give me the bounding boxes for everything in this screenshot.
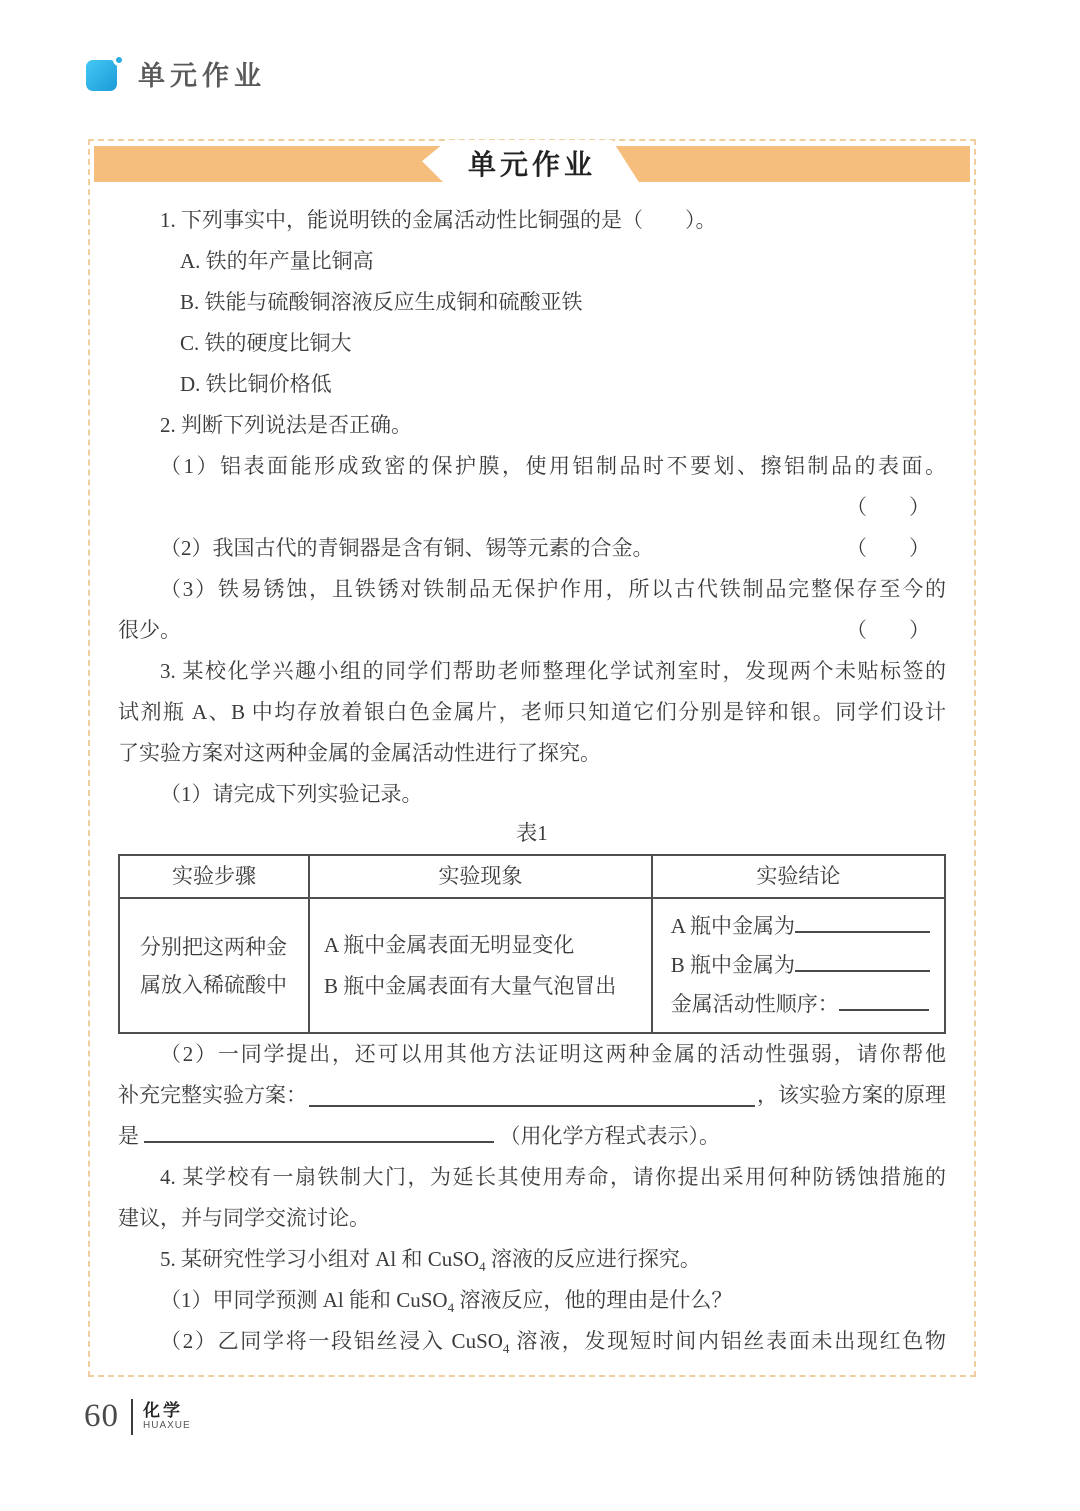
conclusion-line-a: A 瓶中金属为 [671, 907, 926, 946]
phenomenon-b: B 瓶中金属表面有大量气泡冒出 [324, 966, 637, 1007]
table-caption: 表1 [118, 820, 946, 847]
question-3-line-2: 试剂瓶 A、B 中均存放着银白色金属片，老师只知道它们分别是锌和银。同学们设计 [118, 692, 946, 733]
footer-subject-en: HUAXUE [143, 1420, 191, 1432]
question-1-option-c: C. 铁的硬度比铜大 [118, 323, 946, 364]
question-2-item-3-line-2: 很少。 （ ） [118, 610, 946, 651]
question-2-item-2-answer-bracket: （ ） [846, 528, 946, 569]
table-header-phenomena: 实验现象 [309, 855, 652, 898]
question-2-item-3-line-1: （3）铁易锈蚀，且铁锈对铁制品无保护作用，所以古代铁制品完整保存至今的 [118, 569, 946, 610]
question-1-option-d: D. 铁比铜价格低 [118, 364, 946, 405]
question-3-line-1: 3. 某校化学兴趣小组的同学们帮助老师整理化学试剂室时，发现两个未贴标签的 [118, 651, 946, 692]
workbook-page: 单元作业 单元作业 1. 下列事实中，能说明铁的金属活动性比铜强的是（ ）。 A… [0, 0, 1080, 1511]
running-header-title: 单元作业 [138, 54, 266, 93]
fill-in-blank [309, 1105, 755, 1107]
page-running-header: 单元作业 [86, 54, 266, 93]
blank-label-pre: 补充完整实验方案： [118, 1075, 307, 1116]
question-2-item-1-answer-bracket: （ ） [118, 487, 946, 528]
question-2-item-1-text: （1）铝表面能形成致密的保护膜，使用铝制品时不要划、擦铝制品的表面。 [118, 446, 946, 487]
question-4-line-1: 4. 某学校有一扇铁制大门，为延长其使用寿命，请你提出采用何种防锈蚀措施的 [118, 1157, 946, 1198]
fill-in-blank [795, 913, 930, 933]
table-cell-phenomena: A 瓶中金属表面无明显变化 B 瓶中金属表面有大量气泡冒出 [309, 898, 652, 1033]
table-header-row: 实验步骤 实验现象 实验结论 [119, 855, 945, 898]
blank-label-post: ，该实验方案的原理 [757, 1075, 946, 1116]
table-cell-steps: 分别把这两种金属放入稀硫酸中 [119, 898, 309, 1033]
question-1-option-b: B. 铁能与硫酸铜溶液反应生成铜和硫酸亚铁 [118, 282, 946, 323]
phenomenon-a: A 瓶中金属表面无明显变化 [324, 925, 637, 966]
question-2-item-3-answer-bracket: （ ） [846, 610, 946, 651]
question-3-item-1: （1）请完成下列实验记录。 [118, 774, 946, 815]
question-2-stem: 2. 判断下列说法是否正确。 [118, 405, 946, 446]
page-footer: 60 化学 HUAXUE [84, 1398, 191, 1435]
logo-dot-icon [113, 54, 125, 66]
question-1-stem: 1. 下列事实中，能说明铁的金属活动性比铜强的是（ ）。 [118, 200, 946, 241]
blank-label-pre: 是 [118, 1124, 139, 1148]
page-number: 60 [84, 1398, 131, 1435]
question-2-item-3-text: 很少。 [118, 610, 181, 651]
question-4-line-2: 建议，并与同学交流讨论。 [118, 1198, 946, 1239]
fill-in-blank [795, 952, 930, 972]
fill-in-blank [839, 991, 929, 1011]
question-3-item-2-line-2: 补充完整实验方案： ，该实验方案的原理 [118, 1075, 946, 1116]
question-2-item-2: （2）我国古代的青铜器是含有铜、锡等元素的合金。 （ ） [118, 528, 946, 569]
question-5-stem: 5. 某研究性学习小组对 Al 和 CuSO4 溶液的反应进行探究。 [118, 1239, 946, 1280]
table-cell-conclusion: A 瓶中金属为 B 瓶中金属为 金属活动性顺序： [652, 898, 945, 1033]
table-header-steps: 实验步骤 [119, 855, 309, 898]
worksheet-content: 1. 下列事实中，能说明铁的金属活动性比铜强的是（ ）。 A. 铁的年产量比铜高… [90, 182, 974, 1362]
table-header-conclusion: 实验结论 [652, 855, 945, 898]
table-row: 分别把这两种金属放入稀硫酸中 A 瓶中金属表面无明显变化 B 瓶中金属表面有大量… [119, 898, 945, 1033]
question-2-item-2-text: （2）我国古代的青铜器是含有铜、锡等元素的合金。 [118, 528, 654, 569]
question-5-item-1: （1）甲同学预测 Al 能和 CuSO4 溶液反应，他的理由是什么？ [118, 1280, 946, 1321]
banner-bar: 单元作业 [94, 146, 970, 182]
question-3-item-2-line-3: 是 （用化学方程式表示）。 [118, 1116, 946, 1157]
worksheet-box: 单元作业 1. 下列事实中，能说明铁的金属活动性比铜强的是（ ）。 A. 铁的年… [88, 139, 976, 1377]
experiment-table: 实验步骤 实验现象 实验结论 分别把这两种金属放入稀硫酸中 A 瓶中金属表面无明… [118, 854, 946, 1034]
question-5-item-2: （2）乙同学将一段铝丝浸入 CuSO4 溶液，发现短时间内铝丝表面未出现红色物 [118, 1321, 946, 1362]
brand-logo-icon [86, 56, 122, 92]
blank-label-post: （用化学方程式表示）。 [500, 1124, 721, 1148]
footer-subject: 化学 HUAXUE [133, 1401, 191, 1432]
conclusion-line-b: B 瓶中金属为 [671, 946, 926, 985]
question-3-item-2-line-1: （2）一同学提出，还可以用其他方法证明这两种金属的活动性强弱，请你帮他 [118, 1034, 946, 1075]
banner-badge: 单元作业 [422, 140, 642, 187]
footer-subject-zh: 化学 [143, 1401, 191, 1420]
logo-square-icon [86, 60, 117, 91]
question-3-line-3: 了实验方案对这两种金属的金属活动性进行了探究。 [118, 733, 946, 774]
fill-in-blank [144, 1123, 494, 1143]
conclusion-line-order: 金属活动性顺序： [671, 985, 926, 1024]
question-1-option-a: A. 铁的年产量比铜高 [118, 241, 946, 282]
